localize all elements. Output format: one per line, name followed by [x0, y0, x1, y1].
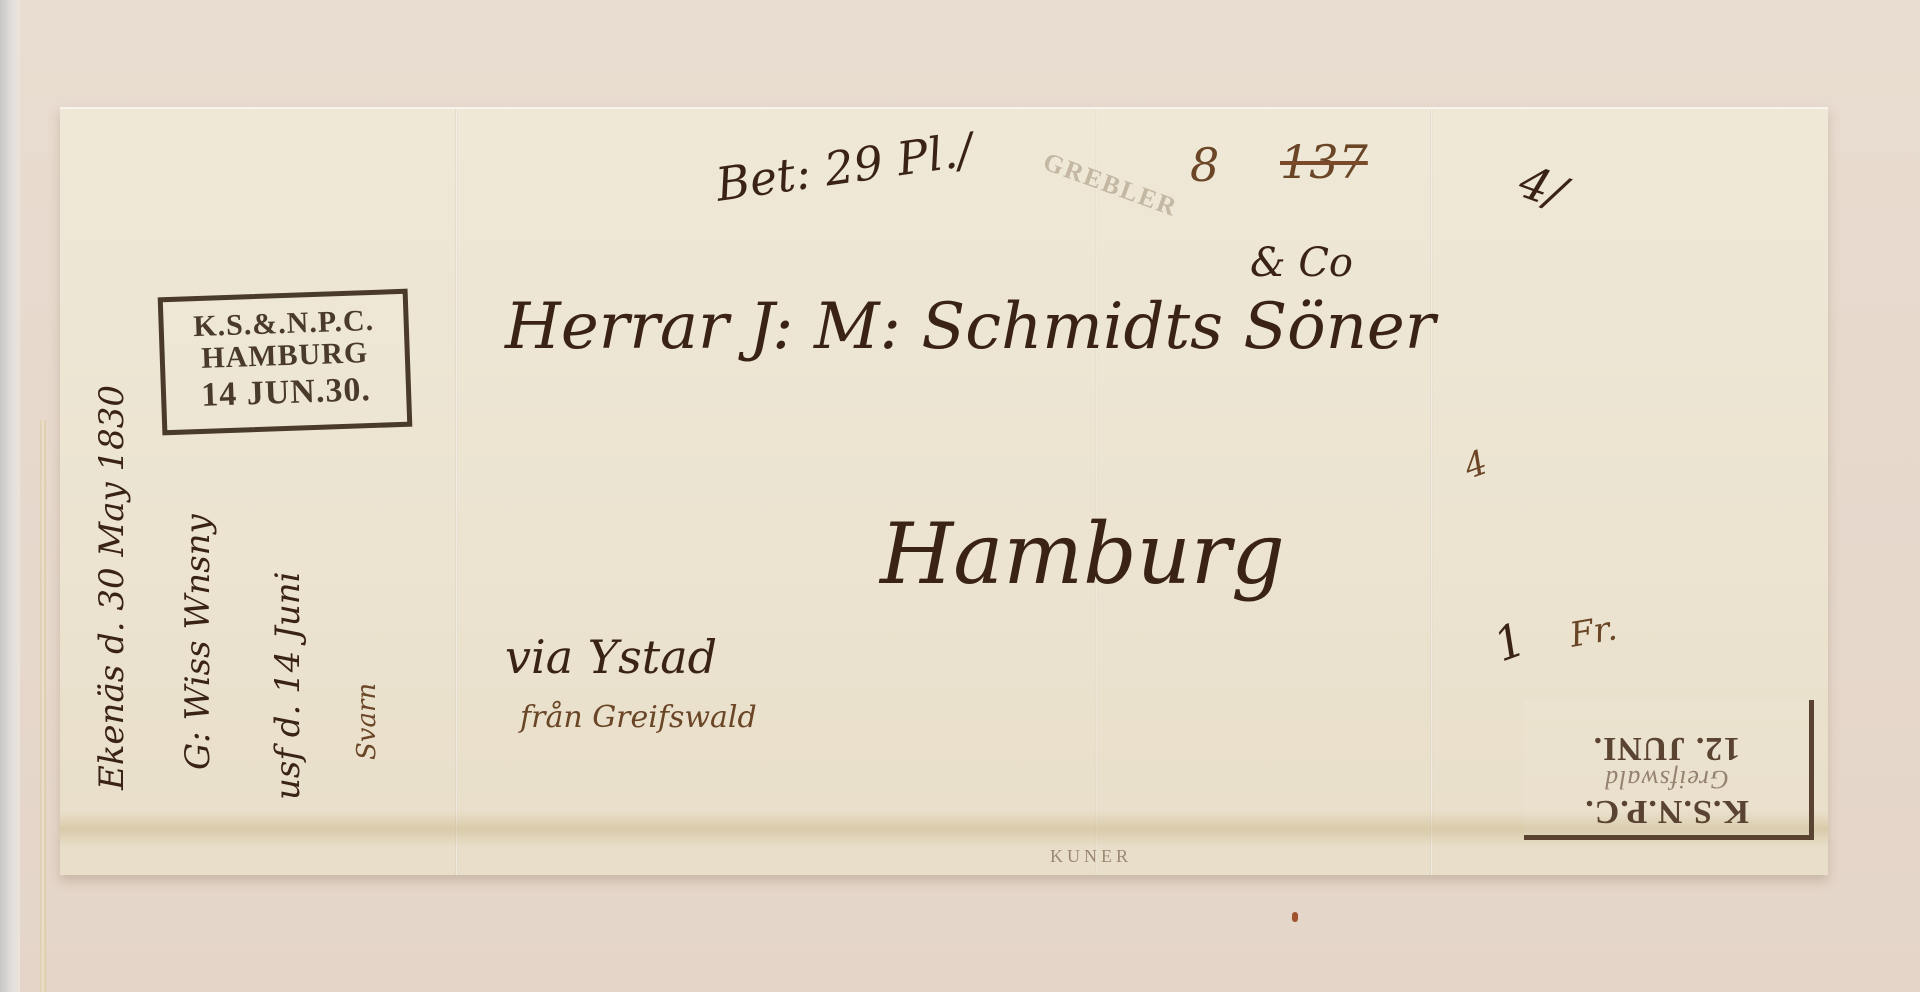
routing-via: via Ystad — [505, 630, 717, 684]
routing-from: från Greifswald — [520, 700, 757, 735]
postmark-date: 14 JUN.30. — [166, 371, 407, 415]
greifswald-postmark: K.S.N.P.C. Greifswald 12. JUNI. — [1524, 700, 1814, 840]
faint-bottom-stamp: KUNER — [1050, 846, 1132, 867]
addressee-suffix: & Co — [1250, 240, 1353, 286]
postmark-date: 12. JUNI. — [1524, 730, 1809, 766]
fold-line — [1430, 109, 1433, 875]
album-speck — [1292, 912, 1298, 922]
left-panel-line-3: usf d. 14 Juni — [268, 572, 308, 801]
destination-city: Hamburg — [880, 505, 1285, 603]
left-panel-line-2: G: Wiss Wnsny — [178, 514, 218, 770]
rate-mark-new: 8 — [1190, 138, 1219, 192]
left-panel-line-4: Svarn — [352, 683, 382, 760]
album-edge — [0, 0, 20, 992]
postmark-city: HAMBURG — [164, 335, 405, 375]
rate-mark-crossed: 137 — [1280, 135, 1368, 189]
margin-mark-3: Fr. — [1567, 608, 1620, 656]
origin-date-text: Ekenäs d. 30 May 1830 — [92, 385, 132, 790]
fold-line — [455, 109, 458, 875]
album-border-line — [40, 420, 46, 992]
postmark-office: K.S.N.P.C. — [1524, 793, 1809, 829]
fold-line — [1095, 109, 1098, 875]
hamburg-postmark: K.S.&.N.P.C. HAMBURG 14 JUN.30. — [158, 289, 413, 436]
postmark-city: Greifswald — [1524, 766, 1809, 793]
addressee-line: Herrar J: M: Schmidts Söner — [505, 290, 1435, 364]
